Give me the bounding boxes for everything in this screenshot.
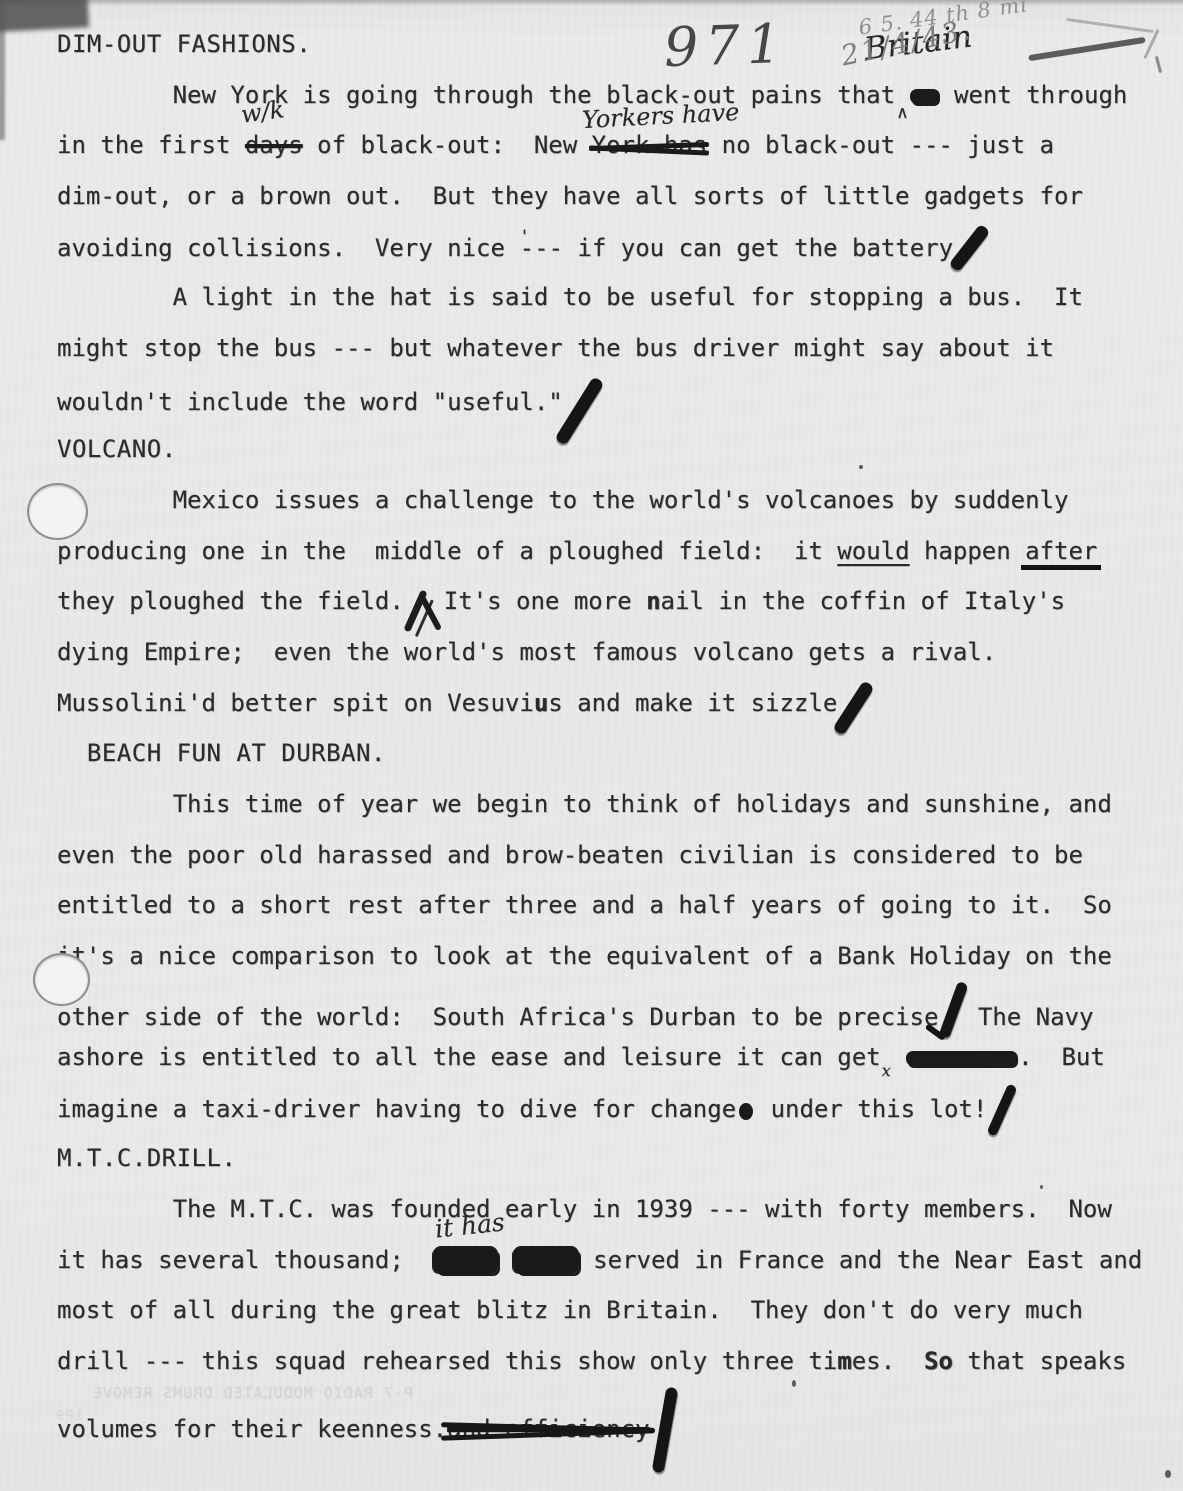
typed-text [892, 1043, 906, 1071]
typed-line: producing one in the middle of a ploughe… [57, 526, 1142, 577]
typed-text: happen [910, 537, 1026, 565]
paragraph-volcano: Mexico issues a challenge to the world's… [57, 475, 1142, 728]
ink-blot-dot [739, 1103, 753, 1120]
typed-line: dying Empire; even the world's most famo… [57, 627, 1142, 678]
pen-slash-mark [948, 223, 990, 272]
typed-text: New York is going through the black-out … [57, 81, 895, 109]
typed-text: --- if you can get the battery [520, 234, 953, 262]
paragraph-beach-fun: This time of year we begin to think of h… [57, 779, 1142, 1134]
marked-text: and efficiency [447, 1415, 649, 1443]
pencil-tick [1155, 56, 1162, 73]
ink-blot [906, 1051, 1018, 1066]
heading-text: DIM-OUT FASHIONS. [57, 30, 311, 58]
ink-offset-ghost-line: P-7 RADIO MODULATED DRUMS REMOVE [92, 1384, 413, 1402]
typed-line: imagine a taxi-driver having to dive for… [57, 1083, 1142, 1134]
typed-line: might stop the bus --- but whatever the … [57, 323, 1142, 374]
marked-text: u [534, 689, 548, 717]
typed-text: ashore is entitled to all the ease and l… [57, 1043, 881, 1071]
typed-text: entitled to a short rest after three and… [57, 891, 1112, 919]
typed-line: most of all during the great blitz in Br… [57, 1285, 1142, 1336]
typed-text: of black-out: New [303, 131, 592, 159]
typed-text: it has several thousand; [57, 1246, 433, 1274]
ink-speck [1040, 1185, 1043, 1189]
marked-text: York has [592, 131, 708, 159]
typed-line: drill --- this squad rehearsed this show… [57, 1336, 1142, 1387]
typed-line: avoiding collisions. Very nice '--- if y… [57, 222, 1142, 273]
pencil-hook [1143, 29, 1159, 59]
typed-text: Mexico issues a challenge to the world's… [57, 486, 1068, 514]
pen-slash-mark [987, 1083, 1018, 1136]
typed-text: Mussolini'd better spit on Vesuvi [57, 689, 534, 717]
punch-hole-top [27, 483, 88, 540]
marked-text: after [1021, 537, 1101, 570]
marked-text: m [837, 1347, 851, 1375]
typed-line: even the poor old harassed and brow-beat… [57, 830, 1142, 881]
edited-text: York hasYorkers have [592, 120, 708, 171]
ink-offset-ghost-mark: 1P9 [55, 1408, 83, 1424]
typed-text: s and make it sizzle [548, 689, 837, 717]
section-heading-beach-fun: BEACH FUN AT DURBAN. [57, 728, 1142, 779]
typed-line: This time of year we begin to think of h… [57, 779, 1142, 830]
typed-line: A light in the hat is said to be useful … [57, 272, 1142, 323]
typed-text: This time of year we begin to think of h… [57, 790, 1112, 818]
typed-line: Mussolini'd better spit on Vesuvius and … [57, 678, 1142, 729]
typed-text: served in France and the Near East and [579, 1246, 1143, 1274]
typed-text: The M.T.C. was founded early in 1939 ---… [57, 1195, 1112, 1223]
edited-text: theyit has [433, 1235, 499, 1286]
typed-text: in the first [57, 131, 245, 159]
marked-text: they [433, 1246, 499, 1274]
marked-text: days [245, 131, 303, 159]
ink-blot [910, 89, 940, 104]
typed-text: dim-out, or a brown out. But they have a… [57, 182, 1083, 210]
section-heading-dim-out-fashions: DIM-OUT FASHIONS. [57, 19, 1142, 70]
typed-line: M.T.C.DRILL. [57, 1133, 1142, 1184]
typed-line: wouldn't include the word "useful." [57, 374, 1142, 425]
typed-text: it's a nice comparison to look at the eq… [57, 942, 1112, 970]
edited-text: daysw/k [245, 120, 303, 171]
typed-text: It's one more [444, 587, 646, 615]
ink-speck [859, 465, 863, 469]
typed-text: volumes for their keenness. [57, 1415, 447, 1443]
typed-text: even the poor old harassed and brow-beat… [57, 841, 1083, 869]
typed-text: other side of the world: South Africa's … [57, 1003, 938, 1031]
marked-text: So [924, 1347, 953, 1375]
marked-text: have [513, 1246, 579, 1274]
marked-text: ' [519, 227, 529, 247]
typed-text: might stop the bus --- but whatever the … [57, 334, 1054, 362]
typed-line: VOLCANO. [57, 424, 1142, 475]
typed-line: New York is going through the black-out … [57, 70, 1142, 121]
typed-text: The Navy [963, 1003, 1093, 1031]
typed-text: that speaks [953, 1347, 1126, 1375]
typed-text: imagine a taxi-driver having to dive for… [57, 1095, 736, 1123]
paragraph-light-in-hat: A light in the hat is said to be useful … [57, 272, 1142, 424]
typescript-page: DIM-OUT FASHIONS. New York is going thro… [0, 0, 1183, 1491]
typed-text: ail in the coffin of Italy's [661, 587, 1066, 615]
typed-line: DIM-OUT FASHIONS. [57, 19, 1142, 70]
punch-hole-bottom [33, 953, 90, 1006]
pen-slash-mark [652, 1386, 679, 1473]
typed-line: it's a nice comparison to look at the eq… [57, 931, 1142, 982]
typed-text: avoiding collisions. Very nice [57, 234, 519, 262]
typed-text: . But [1018, 1043, 1105, 1071]
typed-text: drill --- this squad rehearsed this show… [57, 1347, 837, 1375]
typed-text: no black-out --- just a [707, 131, 1054, 159]
paper-top-edge-shadow [0, 0, 1183, 6]
typed-text: wouldn't include the word "useful." [57, 388, 563, 416]
pen-scribble [406, 595, 442, 629]
heading-text: M.T.C.DRILL. [57, 1144, 236, 1172]
paper-left-edge-shadow [0, 0, 5, 140]
section-heading-mtc-drill: M.T.C.DRILL. [57, 1133, 1142, 1184]
typed-line: entitled to a short rest after three and… [57, 880, 1142, 931]
section-heading-volcano: VOLCANO. [57, 424, 1142, 475]
typed-text: under this lot! [756, 1095, 987, 1123]
typed-text: went through [940, 81, 1128, 109]
typed-line: Mexico issues a challenge to the world's… [57, 475, 1142, 526]
typed-line: other side of the world: South Africa's … [57, 981, 1142, 1032]
ink-speck [792, 1380, 796, 1387]
insertion-caret: ∧ [896, 103, 908, 123]
typed-line: dim-out, or a brown out. But they have a… [57, 171, 1142, 222]
typed-text: producing one in the middle of a ploughe… [57, 537, 837, 565]
edited-text: Britain [910, 70, 940, 121]
typed-line: The M.T.C. was founded early in 1939 ---… [57, 1184, 1142, 1235]
typed-line: they ploughed the field.It's one more na… [57, 576, 1142, 627]
pen-slash-mark [833, 680, 875, 736]
typed-line: in the first daysw/k of black-out: New Y… [57, 120, 1142, 171]
typed-text: most of all during the great blitz in Br… [57, 1296, 1083, 1324]
heading-text: VOLCANO. [57, 435, 177, 463]
typed-text: es. [852, 1347, 924, 1375]
typed-text: they ploughed the field. [57, 587, 404, 615]
marked-text: n [646, 587, 660, 615]
typescript-text: DIM-OUT FASHIONS. New York is going thro… [57, 19, 1142, 1437]
typed-line: BEACH FUN AT DURBAN. [57, 728, 1142, 779]
ink-speck [1165, 1470, 1171, 1478]
typed-text [498, 1246, 512, 1274]
typed-text: dying Empire; even the world's most famo… [57, 638, 996, 666]
insertion-caret: x [882, 1061, 891, 1080]
paragraph-dim-out: New York is going through the black-out … [57, 70, 1142, 273]
marked-text: would [837, 537, 909, 565]
typed-line: ashore is entitled to all the ease and l… [57, 1032, 1142, 1083]
typed-text: A light in the hat is said to be useful … [57, 283, 1083, 311]
typed-line: it has several thousand; theyit has have… [57, 1235, 1142, 1286]
heading-text: BEACH FUN AT DURBAN. [57, 739, 386, 767]
